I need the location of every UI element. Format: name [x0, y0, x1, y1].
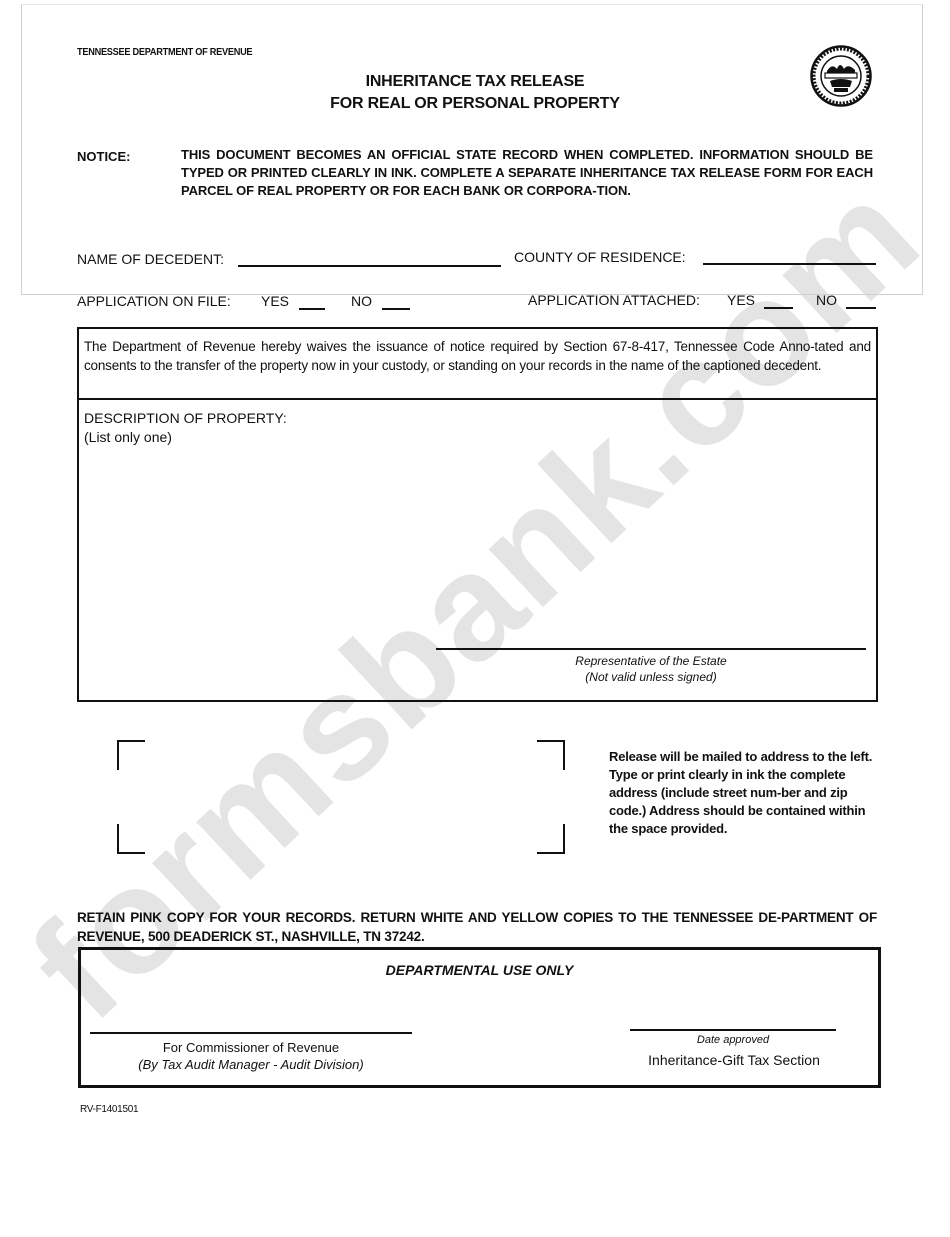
department-label: TENNESSEE DEPARTMENT OF REVENUE — [77, 47, 252, 58]
address-corner-bottom-right — [537, 824, 565, 854]
commissioner-caption: For Commissioner of Revenue — [90, 1040, 412, 1055]
tax-section-caption: Inheritance-Gift Tax Section — [611, 1052, 857, 1068]
county-of-residence-field[interactable] — [703, 249, 876, 265]
release-box: The Department of Revenue hereby waives … — [77, 327, 878, 702]
app-on-file-no-blank[interactable] — [382, 294, 410, 310]
notice-text: THIS DOCUMENT BECOMES AN OFFICIAL STATE … — [181, 146, 873, 200]
mailing-instructions: Release will be mailed to address to the… — [609, 748, 877, 838]
date-approved-line[interactable] — [630, 1029, 836, 1031]
application-attached-label: APPLICATION ATTACHED: — [528, 292, 700, 308]
signature-caption: Representative of the Estate (Not valid … — [436, 653, 866, 685]
app-attached-yes-label: YES — [727, 292, 755, 308]
app-attached-yes-blank[interactable] — [764, 293, 793, 309]
estate-representative-signature-line[interactable] — [436, 648, 866, 650]
commissioner-caption-division: (By Tax Audit Manager - Audit Division) — [90, 1057, 412, 1072]
notice-label: NOTICE: — [77, 149, 130, 164]
form-title-line2: FOR REAL OR PERSONAL PROPERTY — [0, 95, 950, 113]
address-corner-top-right — [537, 740, 565, 770]
app-on-file-yes-blank[interactable] — [299, 294, 325, 310]
app-on-file-yes-label: YES — [261, 293, 289, 309]
form-number: RV-F1401501 — [80, 1104, 138, 1115]
state-seal-icon — [810, 45, 872, 107]
decedent-label: NAME OF DECEDENT: — [77, 251, 224, 267]
description-label: DESCRIPTION OF PROPERTY: — [84, 409, 287, 428]
signature-caption-role: Representative of the Estate — [436, 653, 866, 669]
form-page: TENNESSEE DEPARTMENT OF REVENUE INHERITA… — [0, 0, 950, 1237]
commissioner-signature-line[interactable] — [90, 1032, 412, 1034]
date-approved-caption: Date approved — [630, 1034, 836, 1046]
departmental-use-box: DEPARTMENTAL USE ONLY For Commissioner o… — [78, 947, 881, 1088]
application-on-file-label: APPLICATION ON FILE: — [77, 293, 231, 309]
mailing-address-field[interactable] — [117, 740, 563, 852]
description-of-property-section[interactable]: DESCRIPTION OF PROPERTY: (List only one) — [84, 409, 287, 447]
address-corner-bottom-left — [117, 824, 145, 854]
retain-copy-instructions: RETAIN PINK COPY FOR YOUR RECORDS. RETUR… — [77, 908, 877, 946]
address-corner-top-left — [117, 740, 145, 770]
departmental-use-heading: DEPARTMENTAL USE ONLY — [81, 962, 878, 978]
app-attached-no-blank[interactable] — [846, 293, 876, 309]
description-hint: (List only one) — [84, 428, 287, 447]
app-attached-no-label: NO — [816, 292, 837, 308]
decedent-name-field[interactable] — [238, 251, 501, 267]
form-title-line1: INHERITANCE TAX RELEASE — [0, 73, 950, 91]
waiver-text: The Department of Revenue hereby waives … — [79, 329, 876, 400]
county-label: COUNTY OF RESIDENCE: — [514, 249, 686, 265]
app-on-file-no-label: NO — [351, 293, 372, 309]
signature-caption-validity: (Not valid unless signed) — [436, 669, 866, 685]
